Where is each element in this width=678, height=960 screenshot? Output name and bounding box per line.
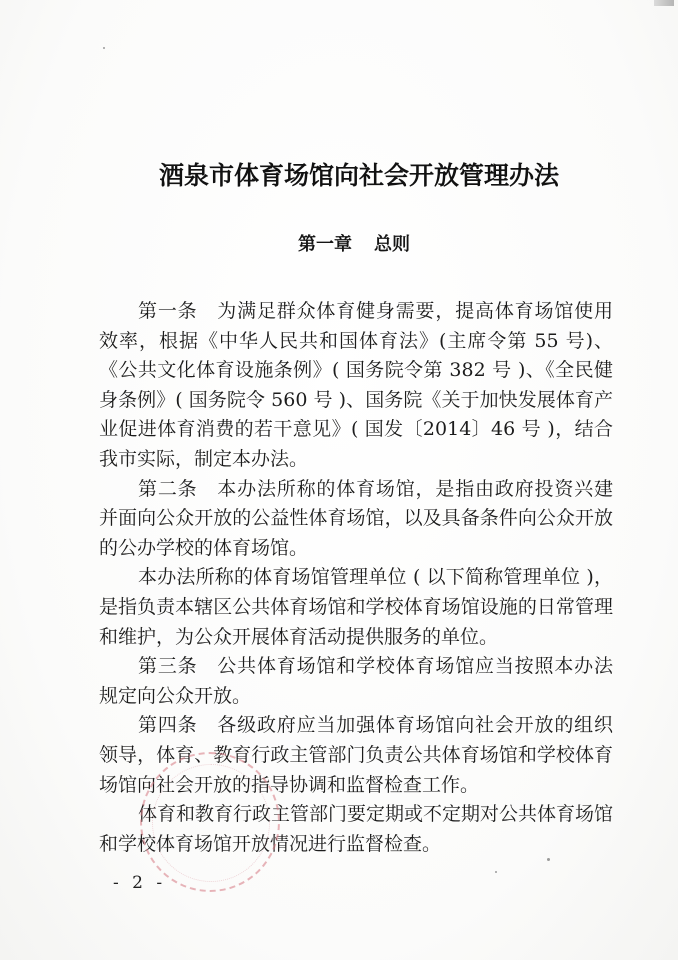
article-3: 第三条公共体育场馆和学校体育场馆应当按照本办法规定向公众开放。 xyxy=(99,652,613,711)
article-4: 第四条各级政府应当加强体育场馆向社会开放的组织领导，体育、教育行政主管部门负责公… xyxy=(99,711,613,800)
article-4-paragraph-2: 体育和教育行政主管部门要定期或不定期对公共体育场馆和学校体育场馆开放情况进行监督… xyxy=(99,800,613,859)
scan-speck xyxy=(547,858,550,861)
chapter-number: 第一章 xyxy=(298,234,352,255)
article-label: 第一条 xyxy=(138,300,197,322)
paragraph-text: 体育和教育行政主管部门要定期或不定期对公共体育场馆和学校体育场馆开放情况进行监督… xyxy=(99,803,613,855)
scan-speck xyxy=(334,838,336,840)
chapter-name: 总则 xyxy=(374,234,410,255)
page-number: - 2 - xyxy=(113,872,166,894)
scan-artifact xyxy=(654,0,674,6)
article-label: 第四条 xyxy=(138,714,197,736)
document-body: 第一条为满足群众体育健身需要，提高体育场馆使用效率，根据《中华人民共和国体育法》… xyxy=(99,297,613,859)
article-2-paragraph-2: 本办法所称的体育场馆管理单位 ( 以下简称管理单位 )，是指负责本辖区公共体育场… xyxy=(99,563,613,652)
article-label: 第二条 xyxy=(138,478,197,500)
article-text: 为满足群众体育健身需要，提高体育场馆使用效率，根据《中华人民共和国体育法》(主席… xyxy=(99,300,613,470)
scan-speck xyxy=(495,871,497,873)
article-label: 第三条 xyxy=(138,655,197,677)
scanned-page: 酒泉市体育场馆向社会开放管理办法 第一章总则 第一条为满足群众体育健身需要，提高… xyxy=(0,0,678,960)
article-1: 第一条为满足群众体育健身需要，提高体育场馆使用效率，根据《中华人民共和国体育法》… xyxy=(99,297,613,475)
chapter-heading: 第一章总则 xyxy=(0,233,678,257)
scan-speck xyxy=(103,47,105,49)
article-2: 第二条本办法所称的体育场馆，是指由政府投资兴建并面向公众开放的公益性体育场馆，以… xyxy=(99,475,613,564)
document-title: 酒泉市体育场馆向社会开放管理办法 xyxy=(0,160,678,192)
paragraph-text: 本办法所称的体育场馆管理单位 ( 以下简称管理单位 )，是指负责本辖区公共体育场… xyxy=(99,566,613,647)
